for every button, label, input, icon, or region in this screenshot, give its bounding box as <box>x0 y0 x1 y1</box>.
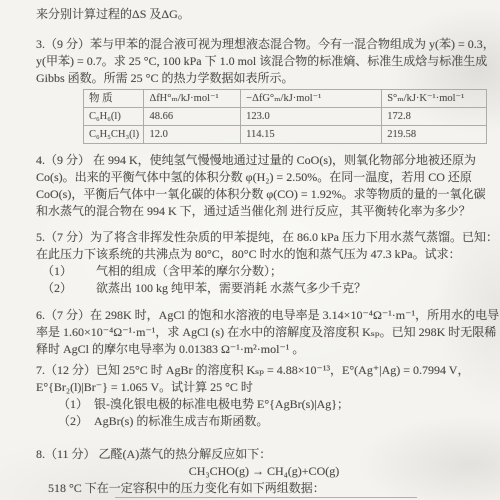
problem-5: 5.（7 分）为了将含非挥发性杂质的甲苯提纯，在 86.0 kPa 压力下用水蒸… <box>36 229 492 297</box>
text-line: 6.（7 分）在 298K 时，AgCl 的饱和水溶液的电导率是 3.14×10… <box>36 307 492 324</box>
document-page: 来分别计算过程的ΔS 及ΔG。 3.（9 分）苯与甲苯的混合液可视为理想液态混合… <box>0 0 500 500</box>
item-text: 银-溴化银电极的标准电极电势 E°{AgBr(s)|Ag}； <box>94 396 349 413</box>
col-header-substance: 物 质 <box>84 90 144 108</box>
table-row: C₆H₅CH₃(l) 12.0 114.15 219.58 <box>84 126 487 144</box>
text-line: y(甲苯) = 0.7。求 25 °C, 100 kPa 下 1.0 mol 该… <box>36 53 492 70</box>
text-line: 释时 AgCl 的摩尔电导率为 0.01383 Ω⁻¹·m²·mol⁻¹ 。 <box>36 341 492 358</box>
list-item: （1） 气相的组成（含甲苯的摩尔分数）； <box>36 263 492 280</box>
table-row: C₆H₆(l) 48.66 123.0 172.8 <box>84 108 487 126</box>
cell-entropy: 172.8 <box>382 108 487 126</box>
text-line: Co(s)。出来的平衡气体中氢的体积分数 φ(H₂) = 2.50%。在同一温度… <box>36 169 492 186</box>
cell-enthalpy: 12.0 <box>144 126 241 144</box>
list-item: （2） 欲蒸出 100 kg 纯甲苯，需要消耗 水蒸气多少千克？ <box>36 280 492 297</box>
item-text: 气相的组成（含甲苯的摩尔分数）； <box>96 263 282 280</box>
reaction-equation: CH₃CHO(g) → CH₄(g)+CO(g) <box>36 463 492 480</box>
problem-4: 4.（9 分） 在 994 K，使纯氢气慢慢地通过过量的 CoO(s)，则氧化物… <box>36 152 492 220</box>
text-line: 在此压力下该系统的共沸点为 80°C，80°C 时水的饱和蒸气压为 47.3 k… <box>36 246 492 263</box>
text-line: 5.（7 分）为了将含非挥发性杂质的甲苯提纯，在 86.0 kPa 压力下用水蒸… <box>36 229 492 246</box>
cell-gibbs: 114.15 <box>241 126 382 144</box>
item-text: 欲蒸出 100 kg 纯甲苯，需要消耗 水蒸气多少千克？ <box>96 280 366 297</box>
cell-substance: C₆H₆(l) <box>84 108 144 126</box>
text-line: 7.（12 分）已知 25°C 时 AgBr 的溶度积 Kₛₚ = 4.88×1… <box>36 362 492 379</box>
list-item: （2） AgBr(s) 的标准生成吉布斯函数。 <box>36 413 492 430</box>
table-header-row: 物 质 ΔfH°ₘ/kJ·mol⁻¹ −ΔfG°ₘ/kJ·mol⁻¹ S°ₘ/k… <box>84 90 487 108</box>
text-line: 3.（9 分）苯与甲苯的混合液可视为理想液态混合物。今有一混合物组成为 y(苯)… <box>36 36 492 53</box>
text-line: 8.（11 分） 乙醛(A)蒸气的热分解反应如下： <box>36 446 492 463</box>
col-header-entropy: S°ₘ/kJ·K⁻¹·mol⁻¹ <box>382 90 487 108</box>
cell-entropy: 219.58 <box>382 126 487 144</box>
col-header-enthalpy: ΔfH°ₘ/kJ·mol⁻¹ <box>144 90 241 108</box>
problem-6: 6.（7 分）在 298K 时，AgCl 的饱和水溶液的电导率是 3.14×10… <box>36 307 492 358</box>
text-line: E°{Br₂(l)|Br⁻} = 1.065 V。试计算 25 °C 时 <box>36 379 492 396</box>
item-text: AgBr(s) 的标准生成吉布斯函数。 <box>94 413 268 430</box>
cell-gibbs: 123.0 <box>241 108 382 126</box>
text-line: CoO(s)，平衡后气体中一氧化碳的体积分数 φ(CO) = 1.92%。求等物… <box>36 186 492 203</box>
item-marker: （2） <box>58 413 88 430</box>
text-line: 和水蒸气的混合物在 994 K 下，通过适当催化剂 进行反应，其平衡转化率为多少… <box>36 203 492 220</box>
text-line: 4.（9 分） 在 994 K，使纯氢气慢慢地通过过量的 CoO(s)，则氧化物… <box>36 152 492 169</box>
cell-substance: C₆H₅CH₃(l) <box>84 126 144 144</box>
thermo-data-table: 物 质 ΔfH°ₘ/kJ·mol⁻¹ −ΔfG°ₘ/kJ·mol⁻¹ S°ₘ/k… <box>83 89 487 144</box>
item-marker: （1） <box>42 263 68 280</box>
item-marker: （1） <box>58 396 88 413</box>
text-line: 518 °C 下在一定容积中的压力变化有如下两组数据： <box>36 480 492 497</box>
item-marker: （2） <box>42 280 68 297</box>
problem-7: 7.（12 分）已知 25°C 时 AgBr 的溶度积 Kₛₚ = 4.88×1… <box>36 362 492 430</box>
continuation-line: 来分别计算过程的ΔS 及ΔG。 <box>36 6 492 23</box>
cell-enthalpy: 48.66 <box>144 108 241 126</box>
list-item: （1） 银-溴化银电极的标准电极电势 E°{AgBr(s)|Ag}； <box>36 396 492 413</box>
text-line: 率是 1.60×10⁻⁴Ω⁻¹·m⁻¹，求 AgCl (s) 在水中的溶解度及溶… <box>36 324 492 341</box>
col-header-gibbs: −ΔfG°ₘ/kJ·mol⁻¹ <box>241 90 382 108</box>
text-line: Gibbs 函数。所需 25 °C 的热力学数据如表所示。 <box>36 70 492 87</box>
problem-3: 3.（9 分）苯与甲苯的混合液可视为理想液态混合物。今有一混合物组成为 y(苯)… <box>36 36 492 87</box>
problem-8: 8.（11 分） 乙醛(A)蒸气的热分解反应如下： CH₃CHO(g) → CH… <box>36 446 492 500</box>
